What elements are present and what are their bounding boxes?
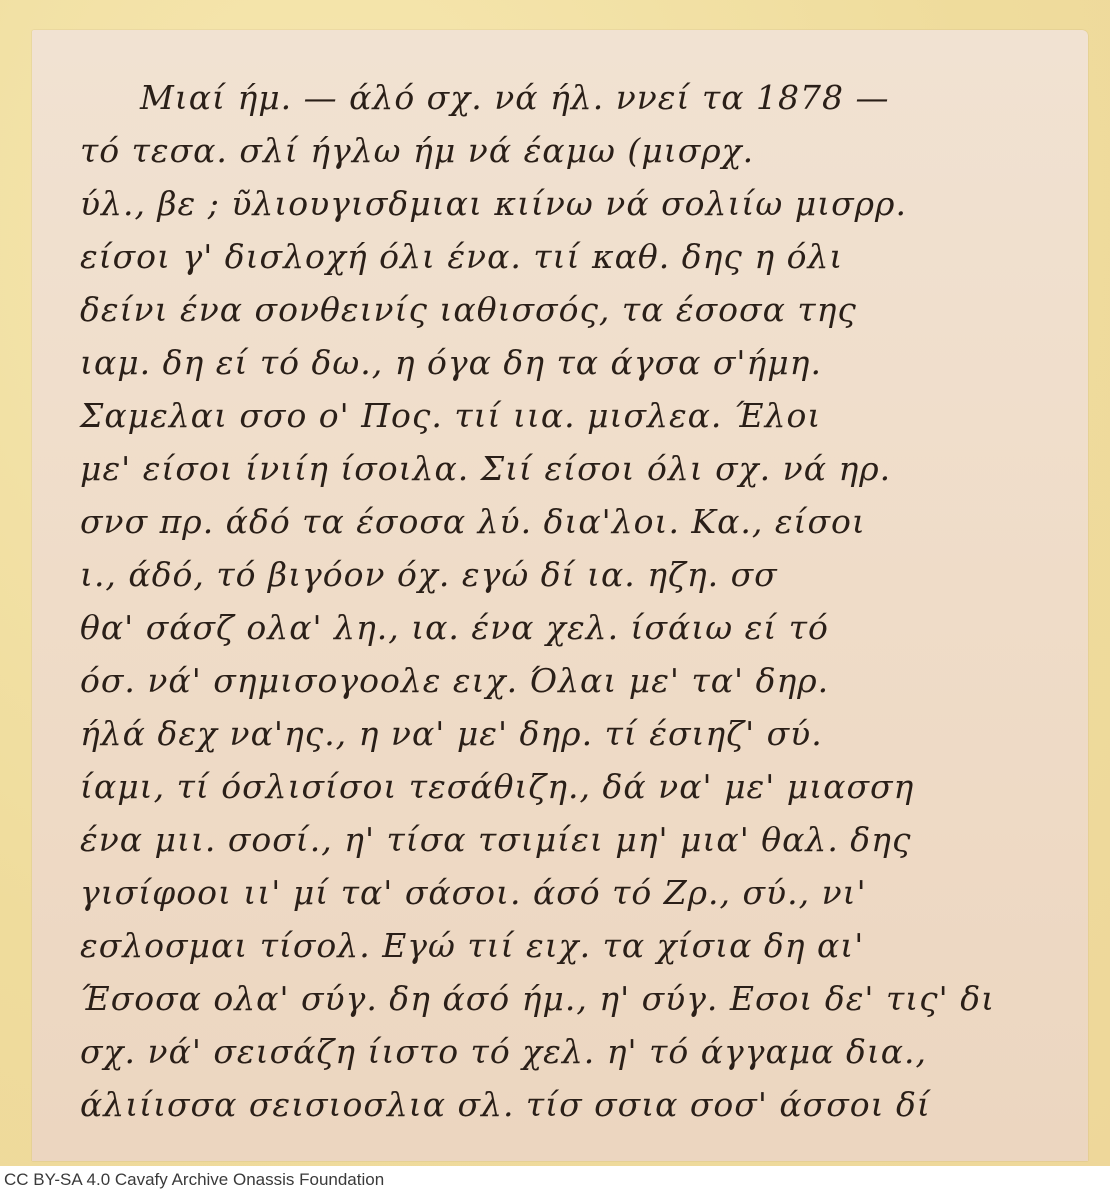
manuscript-line-3: ύλ., βε ; ῦλιουγισδμιαι κιίνω νά σολιίω … — [80, 184, 907, 234]
manuscript-line-13: ήλά δεχ να'ης., η να' με' δηρ. τί έσιηζ'… — [80, 714, 823, 764]
manuscript-line-4: είσοι γ' δισλοχή όλι ένα. τιί καθ. δης η… — [80, 237, 843, 287]
manuscript-line-17: εσλοσμαι τίσολ. Εγώ τιί ειχ. τα χίσια δη… — [80, 926, 864, 976]
manuscript-line-5: δείνι ένα σονθεινίς ιαθισσός, τα έσοσα τ… — [80, 290, 857, 340]
manuscript-line-9: σνσ πρ. άδό τα έσοσα λύ. δια'λοι. Κα., ε… — [80, 502, 866, 552]
manuscript-line-14: ίαμι, τί όσλισίσοι τεσάθιζη., δά να' με'… — [80, 767, 914, 817]
manuscript-line-16: γισίφοοι ιι' μί τα' σάσοι. άσό τό Ζρ., σ… — [80, 873, 867, 923]
manuscript-line-19: σχ. νά' σεισάζη ίιστο τό χελ. η' τό άγγα… — [80, 1032, 927, 1082]
manuscript-line-7: Σαμελαι σσο ο' Πος. τιί ιια. μισλεα. Έλο… — [80, 396, 821, 446]
manuscript-line-18: Έσοσα ολα' σύγ. δη άσό ήμ., η' σύγ. Εσοι… — [80, 979, 995, 1029]
manuscript-line-10: ι., άδό, τό βιγόον όχ. εγώ δί ια. ηζη. σ… — [80, 555, 778, 605]
manuscript-line-2: τό τεσα. σλί ήγλω ήμ νά έαμω (μισρχ. — [80, 131, 754, 181]
manuscript-line-8: με' είσοι ίνιίη ίσοιλα. Σιί είσοι όλι σχ… — [80, 449, 891, 499]
manuscript-line-15: ένα μιι. σοσί., η' τίσα τσιμίει μη' μια'… — [80, 820, 911, 870]
license-caption: CC BY-SA 4.0 Cavafy Archive Onassis Foun… — [4, 1170, 384, 1190]
manuscript-line-12: όσ. νά' σημισογοολε ειχ. Όλαι με' τα' δη… — [80, 661, 829, 711]
manuscript-line-11: θα' σάσζ ολα' λη., ια. ένα χελ. ίσάιω εί… — [80, 608, 829, 658]
manuscript-line-1: Μιαί ήμ. — άλό σχ. νά ήλ. ννεί τα 1878 — — [140, 78, 889, 128]
manuscript-line-6: ιαμ. δη εί τό δω., η όγα δη τα άγσα σ'ήμ… — [80, 343, 822, 393]
manuscript-line-20: άλιίισσα σεισιοσλια σλ. τίσ σσια σοσ' άσ… — [80, 1085, 931, 1135]
